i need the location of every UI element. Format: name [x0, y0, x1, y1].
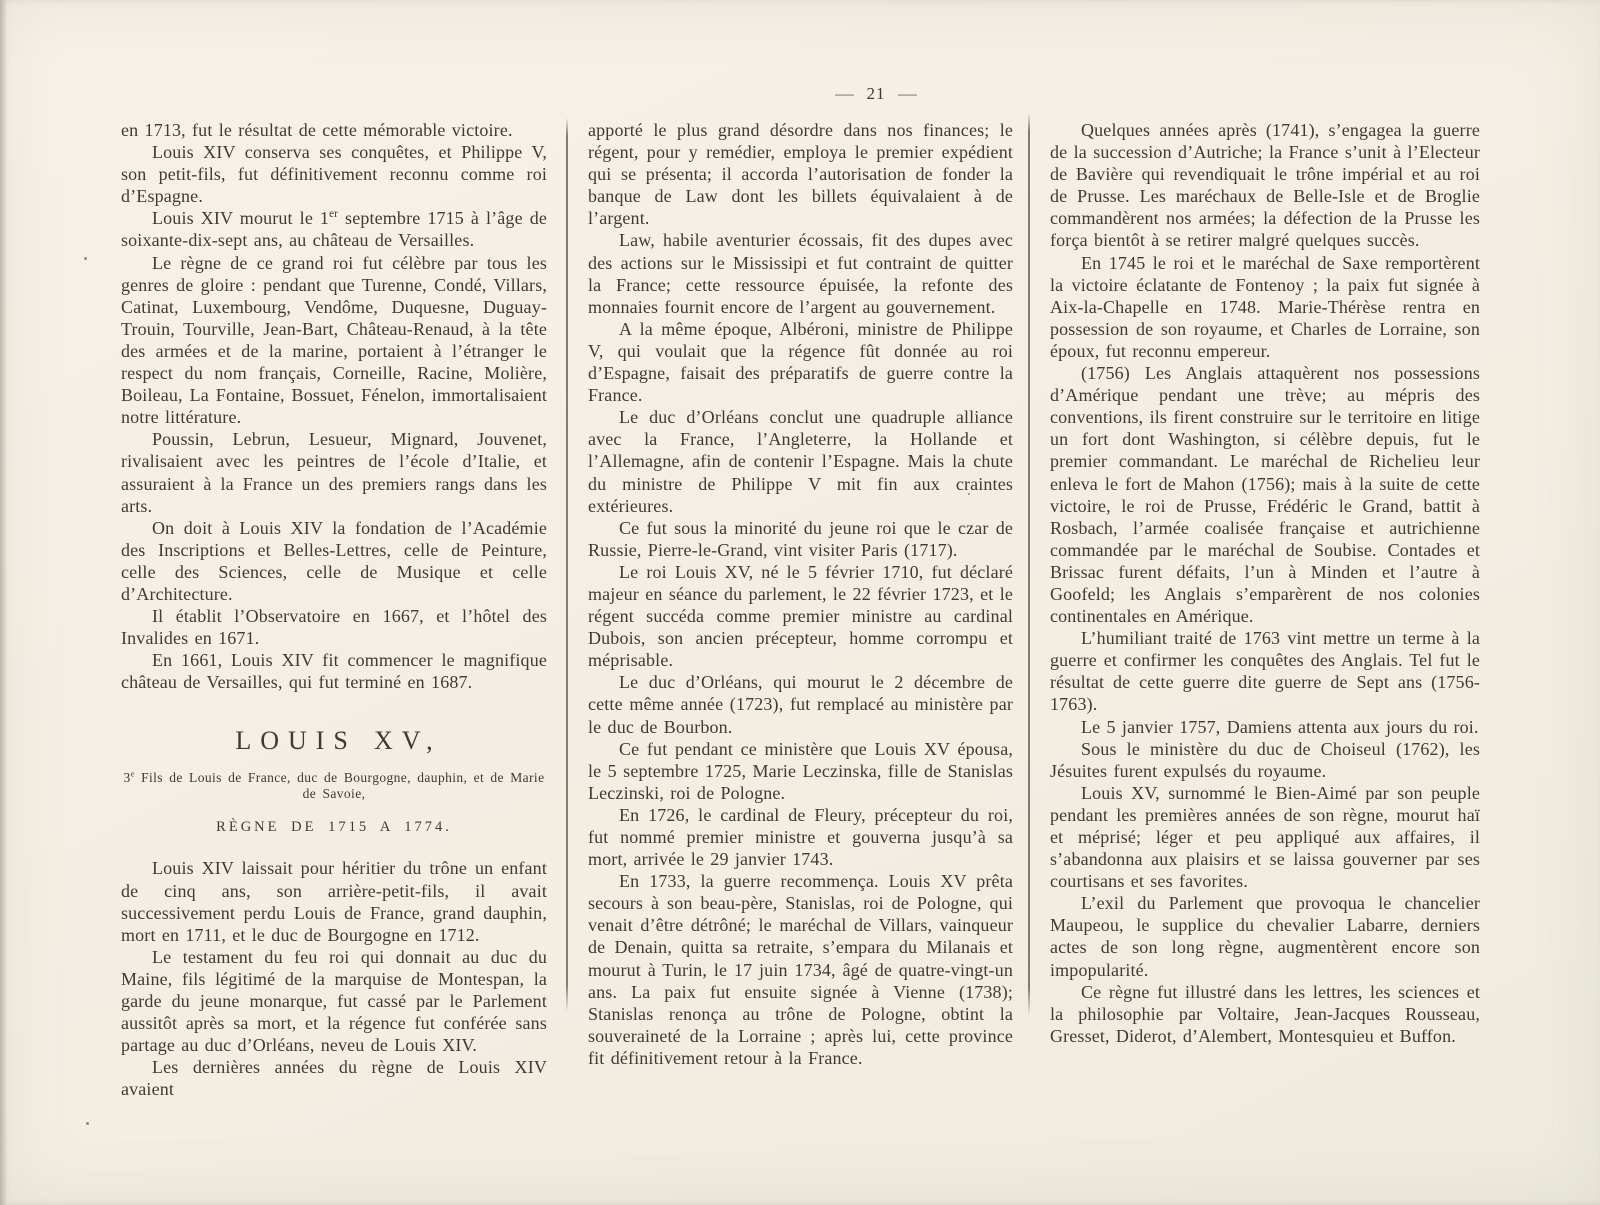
paragraph: En 1661, Louis XIV fit commencer le magn…: [121, 649, 547, 693]
paragraph: Le duc d’Orléans, qui mourut le 2 décemb…: [588, 671, 1013, 737]
paragraph: En 1745 le roi et le maréchal de Saxe re…: [1050, 252, 1480, 362]
paragraph: Le duc d’Orléans conclut une quadruple a…: [588, 406, 1013, 516]
column-divider-left: [566, 118, 568, 1011]
paragraph: Le 5 janvier 1757, Damiens attenta aux j…: [1050, 716, 1480, 738]
paragraph: L’exil du Parlement que provoqua le chan…: [1050, 892, 1480, 980]
paragraph: Louis XIV mourut le 1er septembre 1715 à…: [121, 207, 547, 251]
paragraph: Louis XV, surnommé le Bien-Aimé par son …: [1050, 782, 1480, 892]
paragraph: Ce règne fut illustré dans les lettres, …: [1050, 981, 1480, 1047]
paragraph: L’humiliant traité de 1763 vint mettre u…: [1050, 627, 1480, 715]
paragraph: Le roi Louis XV, né le 5 février 1710, f…: [588, 561, 1013, 671]
column-middle: apporté le plus grand désordre dans nos …: [588, 119, 1013, 1069]
paragraph: apporté le plus grand désordre dans nos …: [588, 119, 1013, 229]
paragraph: Law, habile aventurier écossais, fit des…: [588, 229, 1013, 317]
paragraph: en 1713, fut le résultat de cette mémora…: [121, 119, 547, 141]
paragraph: Ce fut sous la minorité du jeune roi que…: [588, 517, 1013, 561]
page-number: —21—: [776, 84, 976, 104]
paragraph: Les dernières années du règne de Louis X…: [121, 1056, 547, 1100]
paragraph: En 1726, le cardinal de Fleury, précepte…: [588, 804, 1013, 870]
paper-speck: [84, 257, 87, 260]
paragraph: Ce fut pendant ce ministère que Louis XV…: [588, 738, 1013, 804]
paragraph: Louis XIV laissait pour héritier du trôn…: [121, 857, 547, 945]
paragraph: Le testament du feu roi qui donnait au d…: [121, 946, 547, 1056]
paragraph: Le règne de ce grand roi fut célèbre par…: [121, 252, 547, 429]
column-left-upper-section: en 1713, fut le résultat de cette mémora…: [121, 119, 547, 693]
column-right: Quelques années après (1741), s’engagea …: [1050, 119, 1480, 1047]
paper-speck: [86, 1122, 89, 1125]
heading-reign: RÈGNE DE 1715 A 1774.: [121, 818, 547, 836]
paragraph: Il établit l’Observatoire en 1667, et l’…: [121, 605, 547, 649]
scan-edge-shadow: [0, 0, 7, 1205]
heading-caption: 3e Fils de Louis de France, duc de Bourg…: [121, 770, 547, 802]
paragraph: (1756) Les Anglais attaquèrent nos posse…: [1050, 362, 1480, 627]
column-left: en 1713, fut le résultat de cette mémora…: [121, 119, 547, 1100]
paragraph: En 1733, la guerre recommença. Louis XV …: [588, 870, 1013, 1069]
column-divider-right: [1028, 113, 1030, 1015]
page-number-value: 21: [867, 84, 886, 103]
paragraph: Louis XIV conserva ses conquêtes, et Phi…: [121, 141, 547, 207]
paragraph: A la même époque, Albéroni, ministre de …: [588, 318, 1013, 406]
paragraph: Quelques années après (1741), s’engagea …: [1050, 119, 1480, 252]
heading-title: LOUIS XV,: [121, 726, 547, 756]
column-left-lower-section: Louis XIV laissait pour héritier du trôn…: [121, 857, 547, 1100]
book-page: —21— en 1713, fut le résultat de cette m…: [0, 0, 1600, 1205]
paragraph: On doit à Louis XIV la fondation de l’Ac…: [121, 517, 547, 605]
page-number-dash-left: —: [835, 84, 855, 104]
louis-xv-heading: LOUIS XV, 3e Fils de Louis de France, du…: [121, 726, 547, 836]
paragraph: Sous le ministère du duc de Choiseul (17…: [1050, 738, 1480, 782]
paper-speck: [968, 493, 970, 495]
page-number-dash-right: —: [898, 84, 918, 104]
paragraph: Poussin, Lebrun, Lesueur, Mignard, Jouve…: [121, 428, 547, 516]
